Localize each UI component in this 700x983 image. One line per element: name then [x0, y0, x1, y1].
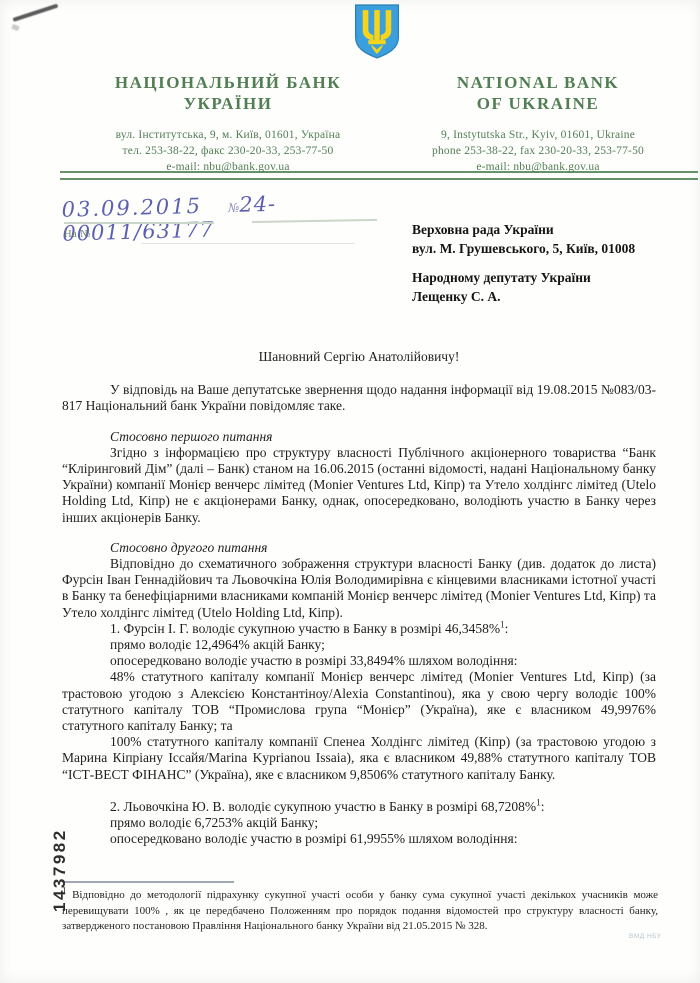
bank-contact-ua: вул. Інститутська, 9, м. Київ, 01601, Ук…	[68, 127, 388, 175]
intro-paragraph: У відповідь на Ваше депутатське зверненн…	[62, 382, 656, 414]
handwritten-reference-line: 03.09.2015№24-00011/63177	[61, 188, 402, 245]
item2-colon: :	[541, 799, 545, 814]
letterhead-ukrainian: НАЦІОНАЛЬНИЙ БАНК УКРАЇНИ вул. Інститутс…	[68, 72, 388, 175]
section2-paragraph: Відповідно до схематичного зображення ст…	[62, 556, 656, 621]
item2-main-text: 2. Льовочкіна Ю. В. володіє сукупною уча…	[110, 799, 536, 814]
ukraine-trident-emblem-icon	[354, 4, 400, 59]
recipient-name: Лещенку С. А.	[412, 288, 674, 307]
scan-artifact-smudge	[11, 24, 19, 31]
recipient-spacer	[412, 258, 674, 269]
footnote-text: Відповідно до методології підрахунку сук…	[62, 889, 658, 932]
bank-phone-ua: тел. 253-38-22, факс 230-20-33, 253-77-5…	[68, 143, 388, 159]
footnote: 1 Відповідно до методології підрахунку с…	[62, 888, 658, 935]
letterhead-divider-rule	[60, 171, 698, 180]
footnote-separator-rule	[62, 881, 234, 883]
number-symbol: №	[228, 201, 240, 215]
bank-title-ua-line2: УКРАЇНИ	[68, 93, 388, 114]
scan-artifact-staple	[12, 4, 58, 22]
item2-heading: 2. Льовочкіна Ю. В. володіє сукупною уча…	[62, 799, 656, 815]
recipient-address: вул. М. Грушевського, 5, Київ, 01008	[412, 240, 674, 259]
date-underline	[64, 222, 214, 224]
section2-heading: Стосовно другого питання	[62, 540, 656, 556]
bank-contact-en: 9, Instytutska Str., Kyiv, 01601, Ukrain…	[412, 127, 664, 175]
bank-phone-en: phone 253-38-22, fax 230-20-33, 253-77-5…	[412, 143, 664, 159]
item1-detail2-paragraph: 100% статутного капіталу компанії Спенеа…	[62, 734, 656, 783]
recipient-role: Народному депутату України	[412, 269, 674, 288]
letterhead-english: NATIONAL BANK OF UKRAINE 9, Instytutska …	[412, 72, 664, 175]
corner-processing-mark: ВМД НБУ	[629, 933, 661, 940]
reply-to-underline	[142, 243, 354, 244]
item1-direct-line: прямо володіє 12,4964% акцій Банку;	[62, 637, 656, 653]
recipient-org: Верховна рада України	[412, 221, 674, 240]
section1-heading: Стосовно першого питання	[62, 429, 656, 445]
item1-indirect-line: опосередковано володіє участю в розмірі …	[62, 653, 656, 669]
bank-title-ua: НАЦІОНАЛЬНИЙ БАНК УКРАЇНИ	[68, 72, 388, 114]
recipient-block: Верховна рада України вул. М. Грушевсько…	[412, 221, 674, 306]
reply-to-label: На №	[64, 229, 91, 240]
bank-title-en-line1: NATIONAL BANK	[412, 72, 664, 93]
bank-title-en-line2: OF UKRAINE	[412, 93, 664, 114]
registration-number-vertical: 1437982	[50, 817, 70, 912]
bank-address-en: 9, Instytutska Str., Kyiv, 01601, Ukrain…	[412, 127, 664, 143]
item2-direct-line: прямо володіє 6,7253% акцій Банку;	[62, 815, 656, 831]
item2-indirect-line: опосередковано володіє участю в розмірі …	[62, 831, 656, 847]
item1-detail1-paragraph: 48% статутного капіталу компанії Монієр …	[62, 669, 656, 734]
item1-main-text: 1. Фурсін І. Г. володіє сукупною участю …	[110, 621, 500, 636]
bank-address-ua: вул. Інститутська, 9, м. Київ, 01601, Ук…	[68, 127, 388, 143]
salutation: Шановний Сергію Анатолійовичу!	[62, 349, 656, 365]
scanned-letter-page: НАЦІОНАЛЬНИЙ БАНК УКРАЇНИ вул. Інститутс…	[0, 0, 700, 983]
bank-title-ua-line1: НАЦІОНАЛЬНИЙ БАНК	[68, 72, 388, 93]
item1-colon: :	[505, 621, 509, 636]
bank-title-en: NATIONAL BANK OF UKRAINE	[412, 72, 664, 114]
section1-paragraph: Згідно з інформацією про структуру власн…	[62, 445, 656, 526]
item1-heading: 1. Фурсін І. Г. володіє сукупною участю …	[62, 621, 656, 637]
letter-body: Шановний Сергію Анатолійовичу! У відпові…	[62, 349, 656, 847]
